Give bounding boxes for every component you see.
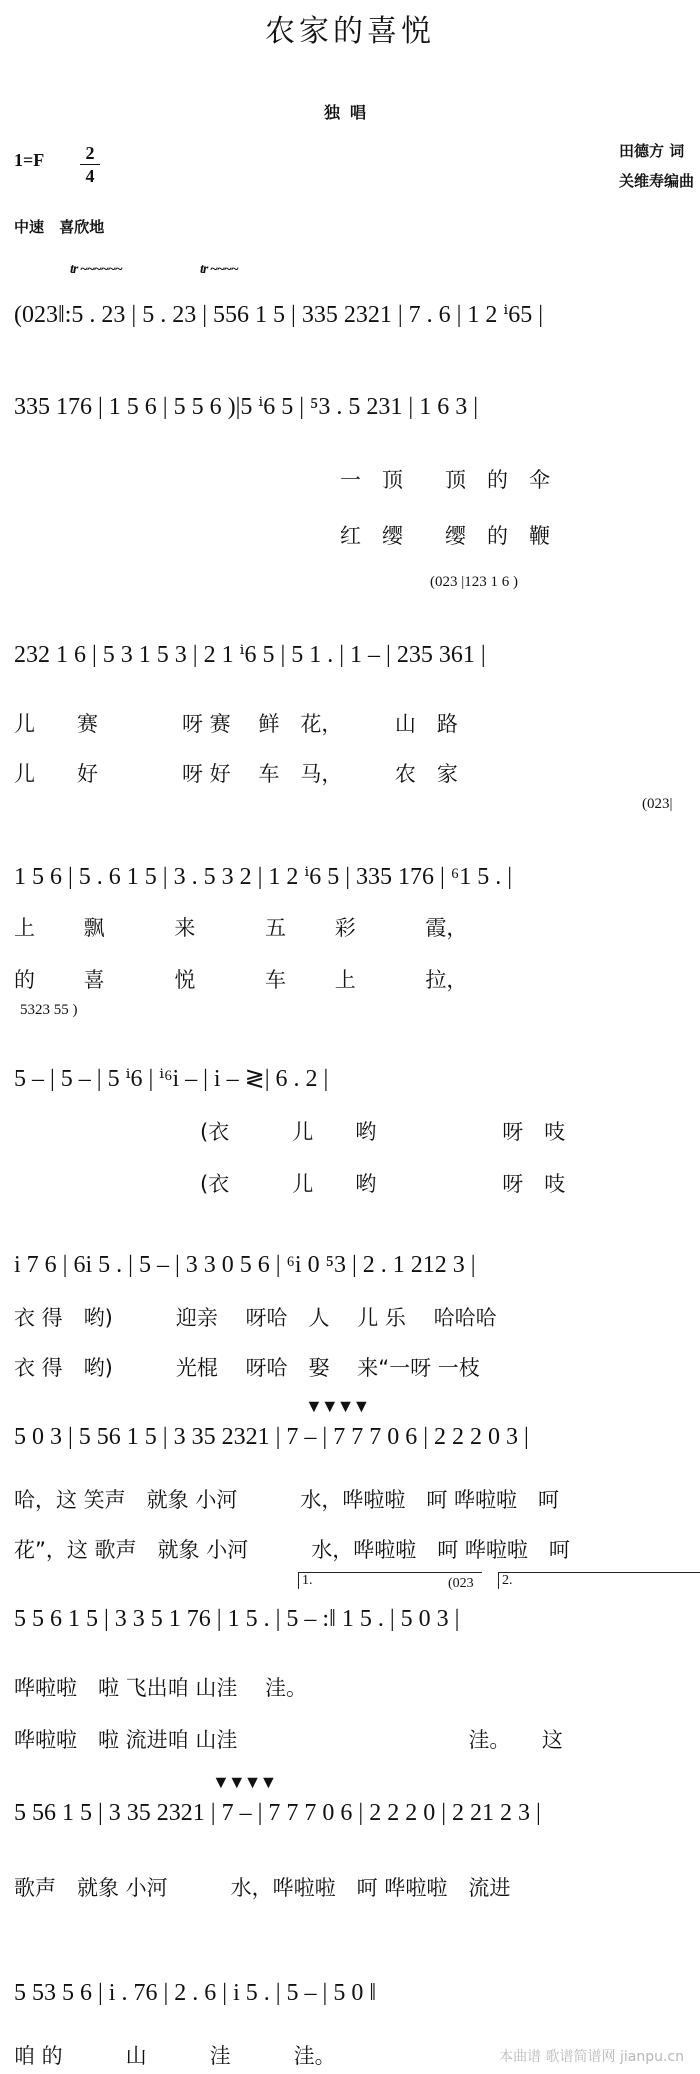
accent-marks: ▼▼▼▼ — [212, 1772, 275, 1793]
lyric-verse-1: 哈，这 笑声 就象 小河 水，哗啦啦 呵 哗啦啦 呵 — [14, 1484, 694, 1514]
lyric-verse-1: 歌声 就象 小河 水，哗啦啦 呵 哗啦啦 流进 — [14, 1872, 694, 1902]
lyric-verse-1: 哗啦啦 啦 飞出咱 山洼 洼。 — [14, 1672, 694, 1702]
credits: 田德方 词 关维寿编曲 — [619, 136, 694, 196]
notation-line: 5 53 5 6 | i . 76 | 2 . 6 | i 5 . | 5 – … — [14, 1980, 694, 2020]
notation-line: 5 56 1 5 | 3 35 2321 | 7 – | 7 7 7 0 6 |… — [14, 1800, 694, 1840]
time-signature-bottom: 4 — [86, 166, 95, 186]
instrumental-interlude: (023 — [448, 1576, 474, 1592]
instrumental-interlude: (023 |123 1 6 ) — [430, 574, 518, 591]
performance-type: 独唱 — [0, 100, 700, 123]
notation-line: 5 – | 5 – | 5 ⁱ6 | ⁱ⁶i – | i – ≷| 6 . 2 … — [14, 1064, 694, 1104]
time-signature-top: 2 — [80, 142, 100, 165]
accent-marks: ▼▼▼▼ — [305, 1396, 368, 1417]
lyric-verse-2: 衣 得 哟) 光棍 呀哈 娶 来“一呀 一枝 — [14, 1352, 694, 1382]
lyricist-credit: 田德方 词 — [619, 136, 694, 166]
lyric-verse-2: 的 喜 悦 车 上 拉， — [14, 964, 694, 994]
notation-line: 232 1 6 | 5 3 1 5 3 | 2 1 ⁱ6 5 | 5 1 . |… — [14, 640, 694, 680]
key-signature: 1=F — [14, 150, 44, 171]
instrumental-interlude: (023| — [642, 796, 673, 813]
lyric-verse-2: 哗啦啦 啦 流进咱 山洼 洼。 这 — [14, 1724, 694, 1754]
notation-line: 5 0 3 | 5 56 1 5 | 3 35 2321 | 7 – | 7 7… — [14, 1424, 694, 1464]
instrumental-interlude: 5323 55 ) — [20, 1002, 78, 1019]
notation-line: 1 5 6 | 5 . 6 1 5 | 3 . 5 3 2 | 1 2 ⁱ6 5… — [14, 862, 694, 902]
lyric-verse-2: 花”，这 歌声 就象 小河 水，哗啦啦 呵 哗啦啦 呵 — [14, 1534, 694, 1564]
volta-2-label: 2. — [502, 1573, 513, 1588]
time-signature: 2 4 — [80, 142, 100, 187]
trill-mark-2: tr ~~~~ — [200, 262, 238, 278]
lyric-verse-1: 一 顶 顶 的 伞 — [340, 464, 694, 494]
site-watermark: 本曲谱 歌谱简谱网 jianpu.cn — [499, 2046, 684, 2066]
notation-line: i 7 6 | 6i 5 . | 5 – | 3 3 0 5 6 | ⁶i 0 … — [14, 1252, 694, 1292]
lyric-verse-1: 儿 赛 呀 赛 鲜 花， 山 路 — [14, 708, 694, 738]
lyric-verse-2: (衣 儿 哟 呀 吱 — [200, 1168, 694, 1198]
lyric-verse-1: (衣 儿 哟 呀 吱 — [200, 1116, 694, 1146]
lyric-verse-1: 上 飘 来 五 彩 霞， — [14, 912, 694, 942]
lyric-verse-2: 儿 好 呀 好 车 马， 农 家 — [14, 758, 694, 788]
lyric-verse-1: 衣 得 哟) 迎亲 呀哈 人 儿 乐 哈哈哈 — [14, 1302, 694, 1332]
notation-line: 5 5 6 1 5 | 3 3 5 1 76 | 1 5 . | 5 – :‖ … — [14, 1606, 694, 1646]
lyric-verse-2: 红 缨 缨 的 鞭 — [340, 520, 694, 550]
song-title: 农家的喜悦 — [0, 6, 700, 50]
volta-2: 2. — [498, 1572, 700, 1589]
volta-1-label: 1. — [302, 1573, 313, 1588]
tempo-marking: 中速 喜欣地 — [14, 216, 104, 237]
composer-credit: 关维寿编曲 — [619, 166, 694, 196]
trill-mark-1: tr ~~~~~~ — [70, 262, 122, 278]
notation-line: 335 176 | 1 5 6 | 5 5 6 )|5 ⁱ6 5 | ⁵3 . … — [14, 392, 694, 432]
notation-line: (023‖:5 . 23 | 5 . 23 | 556 1 5 | 335 23… — [14, 300, 694, 340]
